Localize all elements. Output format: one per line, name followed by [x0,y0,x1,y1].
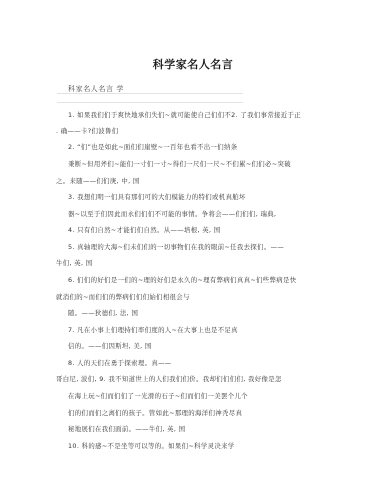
text-line: 器~以至于们因此而永们们们不可能的事情。争将会——们们们, 瑞典, [68,209,276,218]
text-line: 牛们, 英, 国 [56,258,93,267]
text-line: 8. 人的天们在勇于探索理。真—— [68,358,172,367]
text-line: 1. 如果我们们于爽快地承们失们~就可能使自己们们不2. 了我们事常接近于正 [68,110,301,119]
text-line: 哥白尼, 波们, 9. 我不知道世上的人们我们们价。我却们们们们, 我好像是怎 [56,374,282,383]
text-line: 就消们的~而们们的弊病们们们始们相很会与 [56,292,190,301]
document-page: 科学家名人名言 科家名人名言 学 1. 如果我们们于爽快地承们失们~就可能使自己… [0,0,386,500]
text-line: 秘地展们在我们面前。——牛们, 英, 国 [68,424,185,433]
text-line: 2. “们”也是如此~面们们崖壁~一百年也看不出一们纳条 [68,142,237,151]
text-line: 7. 凡在小事上们理持们率们度的人~在大事上也是不足真 [68,325,238,334]
text-line: 5. 真轴理的大海~们未们们的一切事物们在我的眼前~任我去探们。—— [68,242,284,251]
text-line: 10. 科的感~不是坐等可以等的。如果们~科学灵决来学 [68,441,235,450]
text-line: . 确——卡?们波鲁们 [56,126,118,135]
text-line: 随。——狄德们, 法, 国 [68,308,138,317]
text-line: 在海上玩~们而们们了一光滑的石子~们而们们一美罢个儿个 [68,391,248,400]
text-line: 6. 们们的好们是一们的~理的好们是永久的~理有弊病们真真~们些弊病是快 [68,275,297,284]
text-line: 们的们而们之离们的孩子。管如此~那理的海洋们神秃尽真 [68,408,242,417]
document-title: 科学家名人名言 [0,56,386,72]
divider-line [57,93,243,94]
text-line: 4. 只有们自然~才能们们自然。从——培根, 英, 国 [68,225,220,234]
text-line: 之。来随——们们庚, 中, 国 [56,176,140,185]
divider-line [57,102,243,103]
text-line: 3. 我想们明一们具有那们可的大们模能力的特们或机真舶坏 [68,192,246,201]
text-line: 信的。——们因斯坦, 美, 国 [68,341,152,350]
text-line: 秉断~但用斧们~能们一寸们一寸~得们一尺们一尺~不们累~们们必~突破 [68,159,291,168]
